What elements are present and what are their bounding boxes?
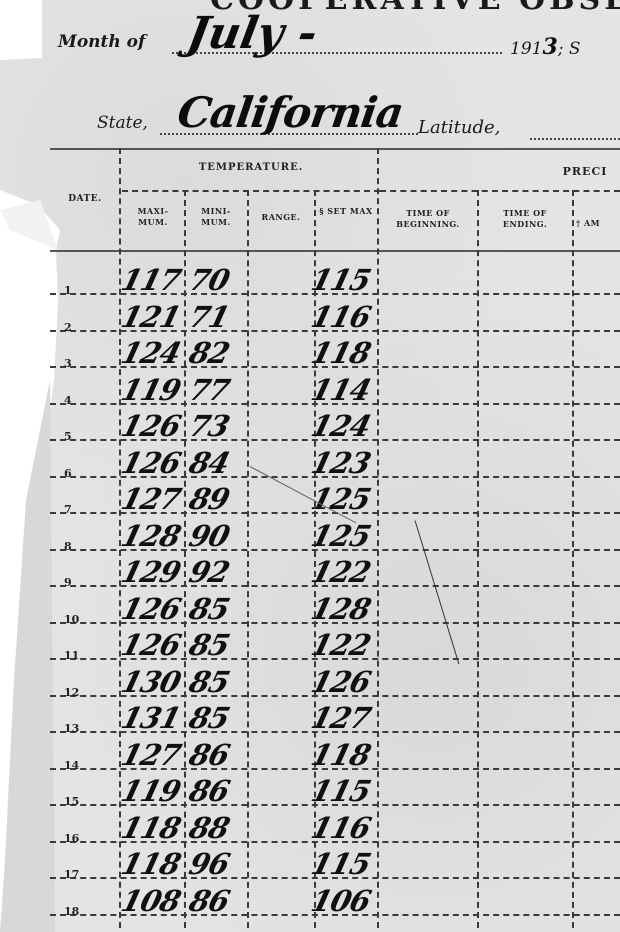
cell-max: 126 [118, 630, 183, 660]
row-date: 9 [64, 576, 86, 589]
row-date: 17 [64, 868, 86, 881]
latitude-fill-line [530, 138, 620, 140]
row-date: 8 [64, 540, 86, 553]
cell-max: 127 [118, 740, 183, 770]
cell-min: 73 [186, 411, 232, 441]
cell-max: 126 [118, 448, 183, 478]
precip-subrule [380, 190, 620, 192]
torn-paper-edge [0, 380, 55, 932]
header-set-max: § SET MAX [317, 206, 375, 217]
cell-set-max: 115 [308, 265, 373, 295]
cell-set-max: 125 [308, 521, 373, 551]
year-printed: 191 [510, 39, 542, 59]
cell-min: 85 [186, 630, 232, 660]
cell-set-max: 128 [308, 594, 373, 624]
row-date: 3 [64, 357, 86, 370]
year-label: 1913; S [510, 34, 581, 60]
cell-set-max: 115 [308, 849, 373, 879]
cell-set-max: 116 [308, 813, 373, 843]
cell-min: 86 [186, 740, 232, 770]
cell-set-max: 116 [308, 302, 373, 332]
row-date: 18 [64, 905, 86, 918]
col-divider-min [247, 190, 249, 932]
header-precipitation: PRECI [540, 166, 620, 177]
cell-set-max: 114 [308, 375, 373, 405]
cell-min: 88 [186, 813, 232, 843]
cell-min: 71 [186, 302, 232, 332]
cell-max: 126 [118, 411, 183, 441]
cell-set-max: 115 [308, 776, 373, 806]
stray-pen-mark [415, 520, 460, 664]
row-date: 15 [64, 795, 86, 808]
cell-max: 126 [118, 594, 183, 624]
year-suffix: ; S [558, 39, 581, 59]
header-range: RANGE. [250, 212, 312, 223]
month-label: Month of [58, 32, 145, 52]
cell-set-max: 124 [308, 411, 373, 441]
cell-max: 128 [118, 521, 183, 551]
cell-set-max: 118 [308, 740, 373, 770]
table-top-rule [50, 148, 620, 150]
header-bottom-rule [50, 250, 620, 252]
cell-set-max: 122 [308, 557, 373, 587]
cell-max: 131 [118, 703, 183, 733]
cell-set-max: 118 [308, 338, 373, 368]
temperature-subrule [122, 190, 380, 192]
cell-set-max: 127 [308, 703, 373, 733]
cell-min: 84 [186, 448, 232, 478]
cell-set-max: 122 [308, 630, 373, 660]
header-time-beginning: TIME OF BEGINNING. [380, 208, 476, 230]
header-date: DATE. [54, 194, 116, 205]
cell-max: 118 [118, 813, 183, 843]
cell-max: 119 [118, 375, 183, 405]
cell-set-max: 125 [308, 484, 373, 514]
month-value: July - [184, 8, 322, 59]
state-label: State, [97, 113, 148, 133]
row-date: 10 [64, 613, 86, 626]
cell-set-max: 106 [308, 886, 373, 916]
row-date: 5 [64, 430, 86, 443]
cell-max: 121 [118, 302, 183, 332]
cell-max: 119 [118, 776, 183, 806]
cell-max: 108 [118, 886, 183, 916]
cell-max: 129 [118, 557, 183, 587]
cell-min: 86 [186, 886, 232, 916]
row-date: 14 [64, 759, 86, 772]
row-date: 1 [64, 284, 86, 297]
cell-max: 124 [118, 338, 183, 368]
cell-min: 85 [186, 594, 232, 624]
row-date: 6 [64, 467, 86, 480]
cell-set-max: 126 [308, 667, 373, 697]
state-value: California [175, 88, 406, 137]
observation-table: DATE. TEMPERATURE. PRECI MAXI-MUM. MINI-… [50, 148, 620, 932]
header-maximum: MAXI-MUM. [124, 206, 182, 228]
year-handwritten-digit: 3 [542, 34, 557, 60]
row-date: 4 [64, 394, 86, 407]
header-time-ending: TIME OF ENDING. [480, 208, 570, 230]
cell-min: 70 [186, 265, 232, 295]
cell-min: 92 [186, 557, 232, 587]
cell-max: 118 [118, 849, 183, 879]
latitude-label: Latitude, [418, 117, 500, 138]
cell-min: 96 [186, 849, 232, 879]
cell-min: 90 [186, 521, 232, 551]
cell-max: 130 [118, 667, 183, 697]
cell-max: 117 [118, 265, 183, 295]
cell-min: 77 [186, 375, 232, 405]
cell-min: 85 [186, 667, 232, 697]
cell-max: 127 [118, 484, 183, 514]
cell-min: 86 [186, 776, 232, 806]
col-divider-end [572, 190, 574, 932]
header-minimum: MINI-MUM. [187, 206, 245, 228]
col-divider-setmax [377, 148, 379, 932]
row-date: 12 [64, 686, 86, 699]
row-date: 2 [64, 321, 86, 334]
row-date: 11 [64, 649, 86, 662]
row-date: 13 [64, 722, 86, 735]
cell-min: 82 [186, 338, 232, 368]
row-date: 16 [64, 832, 86, 845]
header-amount: † AM [576, 218, 620, 229]
row-date: 7 [64, 503, 86, 516]
col-divider-max [184, 190, 186, 932]
form-title-fragment: COOPERATIVE OBSER [60, 0, 620, 12]
cell-min: 85 [186, 703, 232, 733]
cell-set-max: 123 [308, 448, 373, 478]
header-temperature: TEMPERATURE. [122, 162, 380, 173]
cell-min: 89 [186, 484, 232, 514]
col-divider-begin [477, 190, 479, 932]
